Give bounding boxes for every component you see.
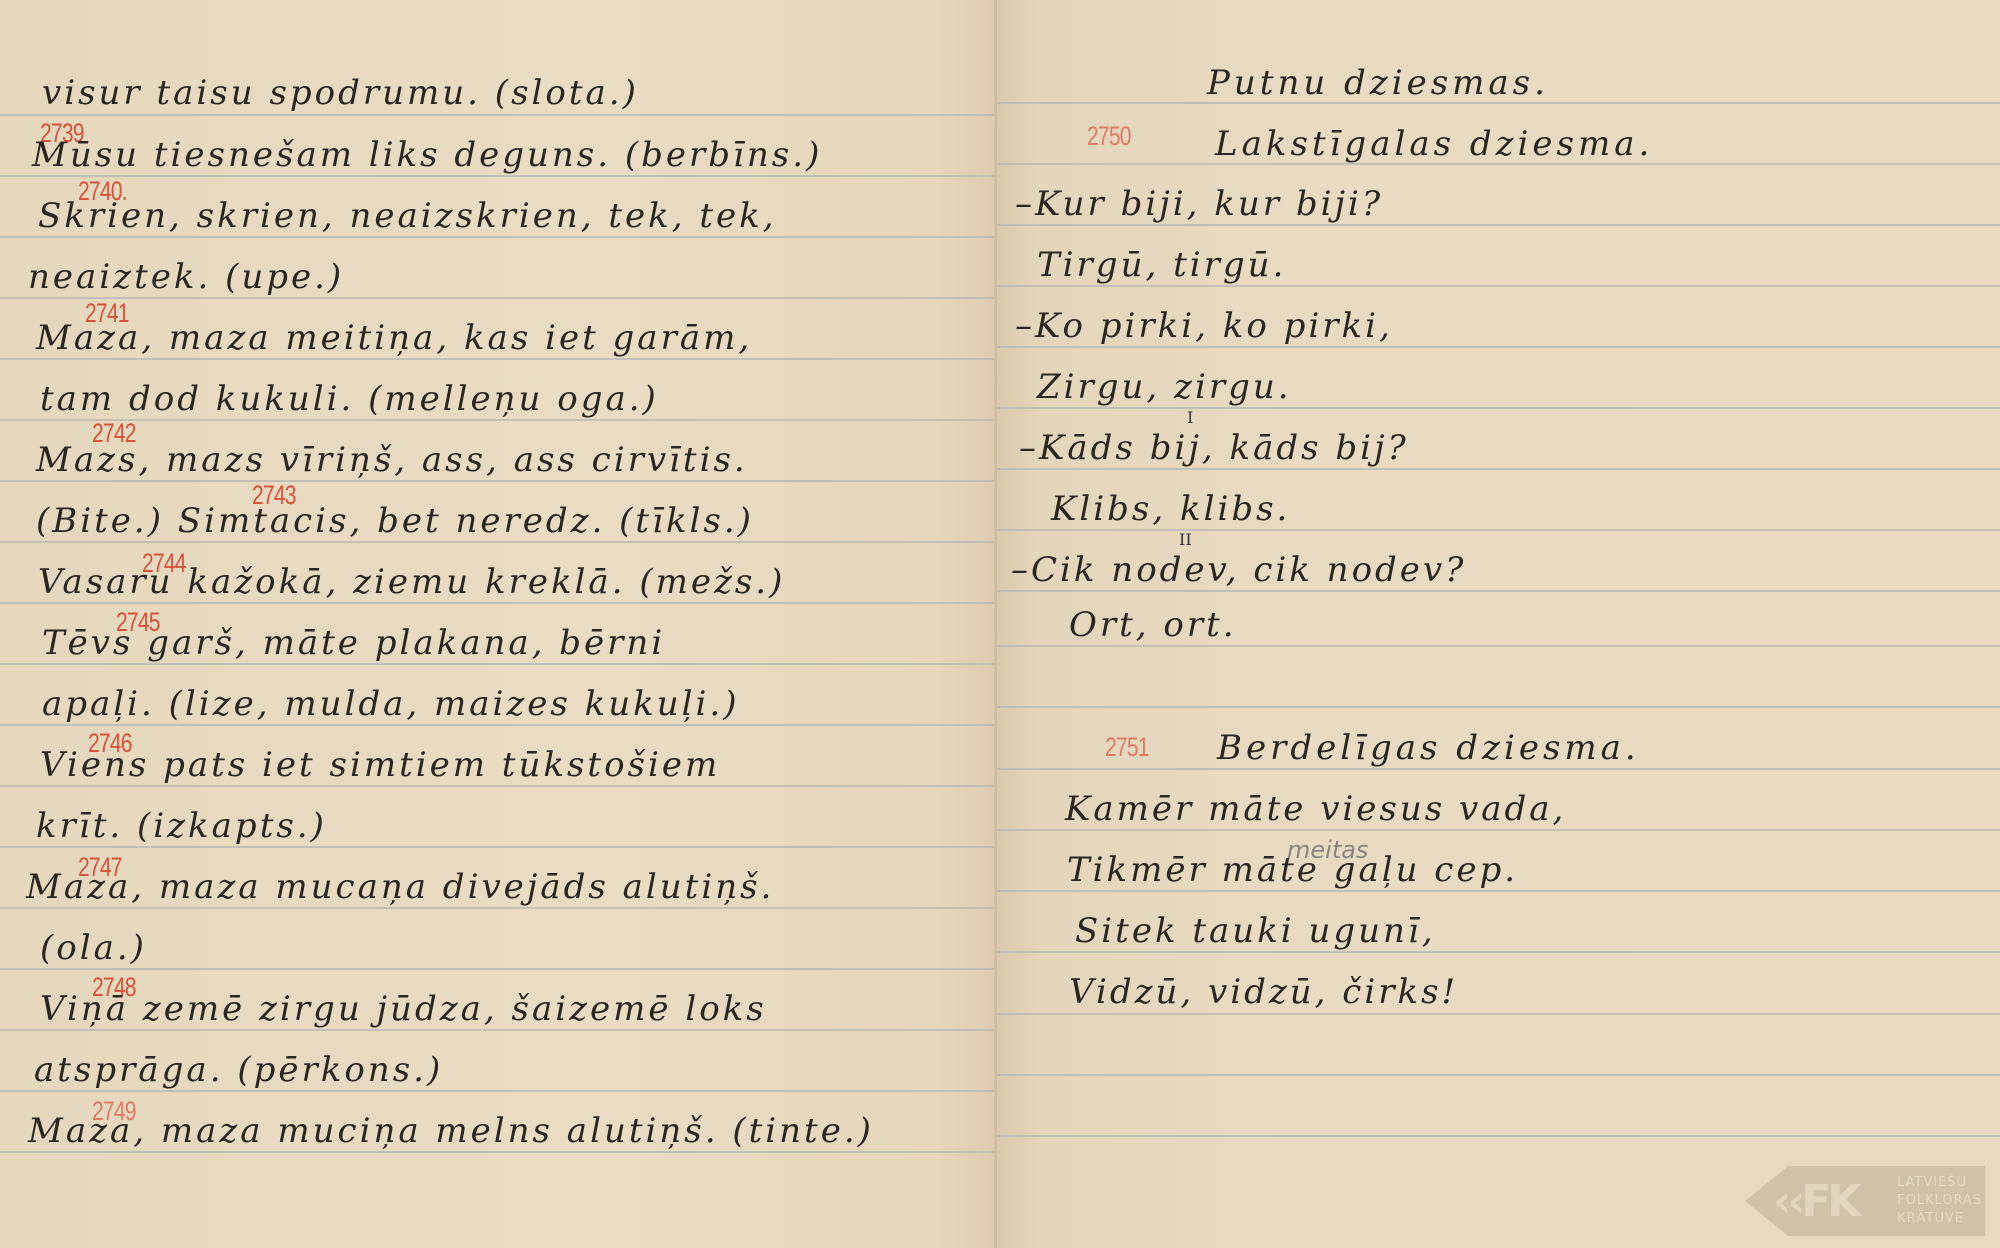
rule-line xyxy=(997,890,2000,892)
handwritten-line: Maza, maza muciņa melns alutiņš. (tinte.… xyxy=(28,1111,874,1151)
handwritten-line: Tēvs garš, māte plakana, bērni xyxy=(42,623,665,663)
rule-line xyxy=(0,297,997,299)
rule-line xyxy=(997,1074,2000,1076)
rule-line xyxy=(0,1029,997,1031)
annotation-mark: II xyxy=(1179,530,1192,549)
rule-line xyxy=(0,419,997,421)
logo-mark-icon: ‹‹FK xyxy=(1773,1176,1857,1227)
handwritten-line: Maza, maza mucaņa divejāds alutiņš. xyxy=(26,867,774,907)
handwritten-line: Viņā zemē zirgu jūdza, šaizemē loks xyxy=(40,989,767,1029)
handwritten-line: (Bite.) Simtacis, bet neredz. (tīkls.) xyxy=(36,501,754,541)
notebook-spread: visur taisu spodrumu. (slota.) 2739 Mūsu… xyxy=(0,0,2000,1248)
song-line: Klibs, klibs. xyxy=(1051,489,1290,529)
rule-line xyxy=(997,529,2000,531)
rule-line xyxy=(0,236,997,238)
song-line: Ort, ort. xyxy=(1069,605,1237,645)
rule-line xyxy=(997,285,2000,287)
annotation-mark: I xyxy=(1187,408,1193,427)
song-line: Zirgu, zirgu. xyxy=(1037,367,1292,407)
rule-line xyxy=(997,706,2000,708)
rule-line xyxy=(0,968,997,970)
rule-line xyxy=(997,224,2000,226)
handwritten-line: atsprāga. (pērkons.) xyxy=(34,1050,443,1090)
handwritten-line: (ola.) xyxy=(40,928,147,968)
rule-line xyxy=(997,590,2000,592)
right-page: Putnu dziesmas. 2750 Lakstīgalas dziesma… xyxy=(997,0,2000,1248)
archive-watermark-logo: ‹‹FK LATVIEŠU FOLKLORAS KRĀTUVE xyxy=(1745,1166,1985,1236)
rule-line xyxy=(0,175,997,177)
logo-line: LATVIEŠU xyxy=(1897,1174,1982,1192)
rule-line xyxy=(997,645,2000,647)
handwritten-line: Mazs, mazs vīriņš, ass, ass cirvītis. xyxy=(36,440,748,480)
handwritten-line: Vasaru kažokā, ziemu kreklā. (mežs.) xyxy=(38,562,785,602)
entry-number: 2750 xyxy=(1087,121,1131,152)
rule-line xyxy=(0,785,997,787)
logo-text: LATVIEŠU FOLKLORAS KRĀTUVE xyxy=(1897,1174,1982,1228)
song-title: Lakstīgalas dziesma. xyxy=(1215,124,1653,164)
song-line: –Cik nodev, cik nodev? xyxy=(1011,550,1466,590)
rule-line xyxy=(997,407,2000,409)
logo-line: KRĀTUVE xyxy=(1897,1210,1982,1228)
handwritten-line: neaiztek. (upe.) xyxy=(28,257,344,297)
handwritten-line: Maza, maza meitiņa, kas iet garām, xyxy=(36,318,752,358)
rule-line xyxy=(0,1151,997,1153)
song-title: Berdelīgas dziesma. xyxy=(1217,728,1640,768)
song-line: –Kur biji, kur biji? xyxy=(1015,184,1383,224)
rule-line xyxy=(0,480,997,482)
rule-line xyxy=(997,951,2000,953)
handwritten-line: Mūsu tiesnešam liks deguns. (berbīns.) xyxy=(32,135,822,175)
song-line: Tikmēr māte gaļu cep. xyxy=(1067,850,1518,890)
song-line: Sitek tauki ugunī, xyxy=(1075,911,1436,951)
rule-line xyxy=(997,468,2000,470)
section-title: Putnu dziesmas. xyxy=(1207,63,1549,103)
handwritten-line: Skrien, skrien, neaizskrien, tek, tek, xyxy=(38,196,777,236)
rule-line xyxy=(0,907,997,909)
rule-line xyxy=(0,358,997,360)
rule-line xyxy=(997,829,2000,831)
entry-number: 2751 xyxy=(1105,732,1149,763)
rule-line xyxy=(0,541,997,543)
rule-line xyxy=(997,346,2000,348)
logo-line: FOLKLORAS xyxy=(1897,1192,1982,1210)
song-line: –Kāds bij, kāds bij? xyxy=(1019,428,1409,468)
left-page: visur taisu spodrumu. (slota.) 2739 Mūsu… xyxy=(0,0,997,1248)
rule-line xyxy=(0,724,997,726)
rule-line xyxy=(997,768,2000,770)
handwritten-line: Viens pats iet simtiem tūkstošiem xyxy=(40,745,720,785)
rule-line xyxy=(997,1013,2000,1015)
rule-line xyxy=(0,602,997,604)
rule-line xyxy=(0,1090,997,1092)
song-line: Vidzū, vidzū, čirks! xyxy=(1069,972,1458,1012)
rule-line xyxy=(0,846,997,848)
handwritten-line: visur taisu spodrumu. (slota.) xyxy=(42,73,639,113)
handwritten-line: tam dod kukuli. (melleņu oga.) xyxy=(40,379,659,419)
song-line: –Ko pirki, ko pirki, xyxy=(1015,306,1393,346)
rule-line xyxy=(0,114,997,116)
rule-line xyxy=(0,663,997,665)
song-line: Tirgū, tirgū. xyxy=(1037,245,1286,285)
handwritten-line: krīt. (izkapts.) xyxy=(36,806,327,846)
song-line: Kamēr māte viesus vada, xyxy=(1065,789,1566,829)
rule-line xyxy=(997,1135,2000,1137)
handwritten-line: apaļi. (lize, mulda, maizes kukuļi.) xyxy=(42,684,740,724)
